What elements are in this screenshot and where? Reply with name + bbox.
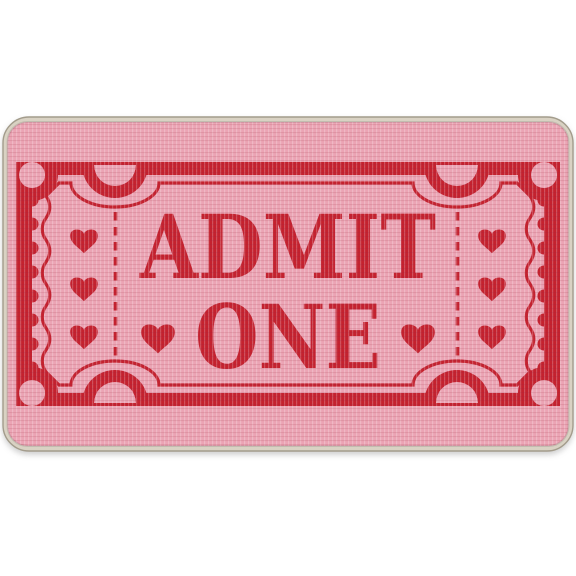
product-photo: ADMIT ONE	[0, 0, 576, 576]
doormat: ADMIT ONE	[3, 117, 573, 451]
doormat-graphic: ADMIT ONE	[0, 0, 576, 576]
fabric-weave-texture	[8, 122, 569, 446]
